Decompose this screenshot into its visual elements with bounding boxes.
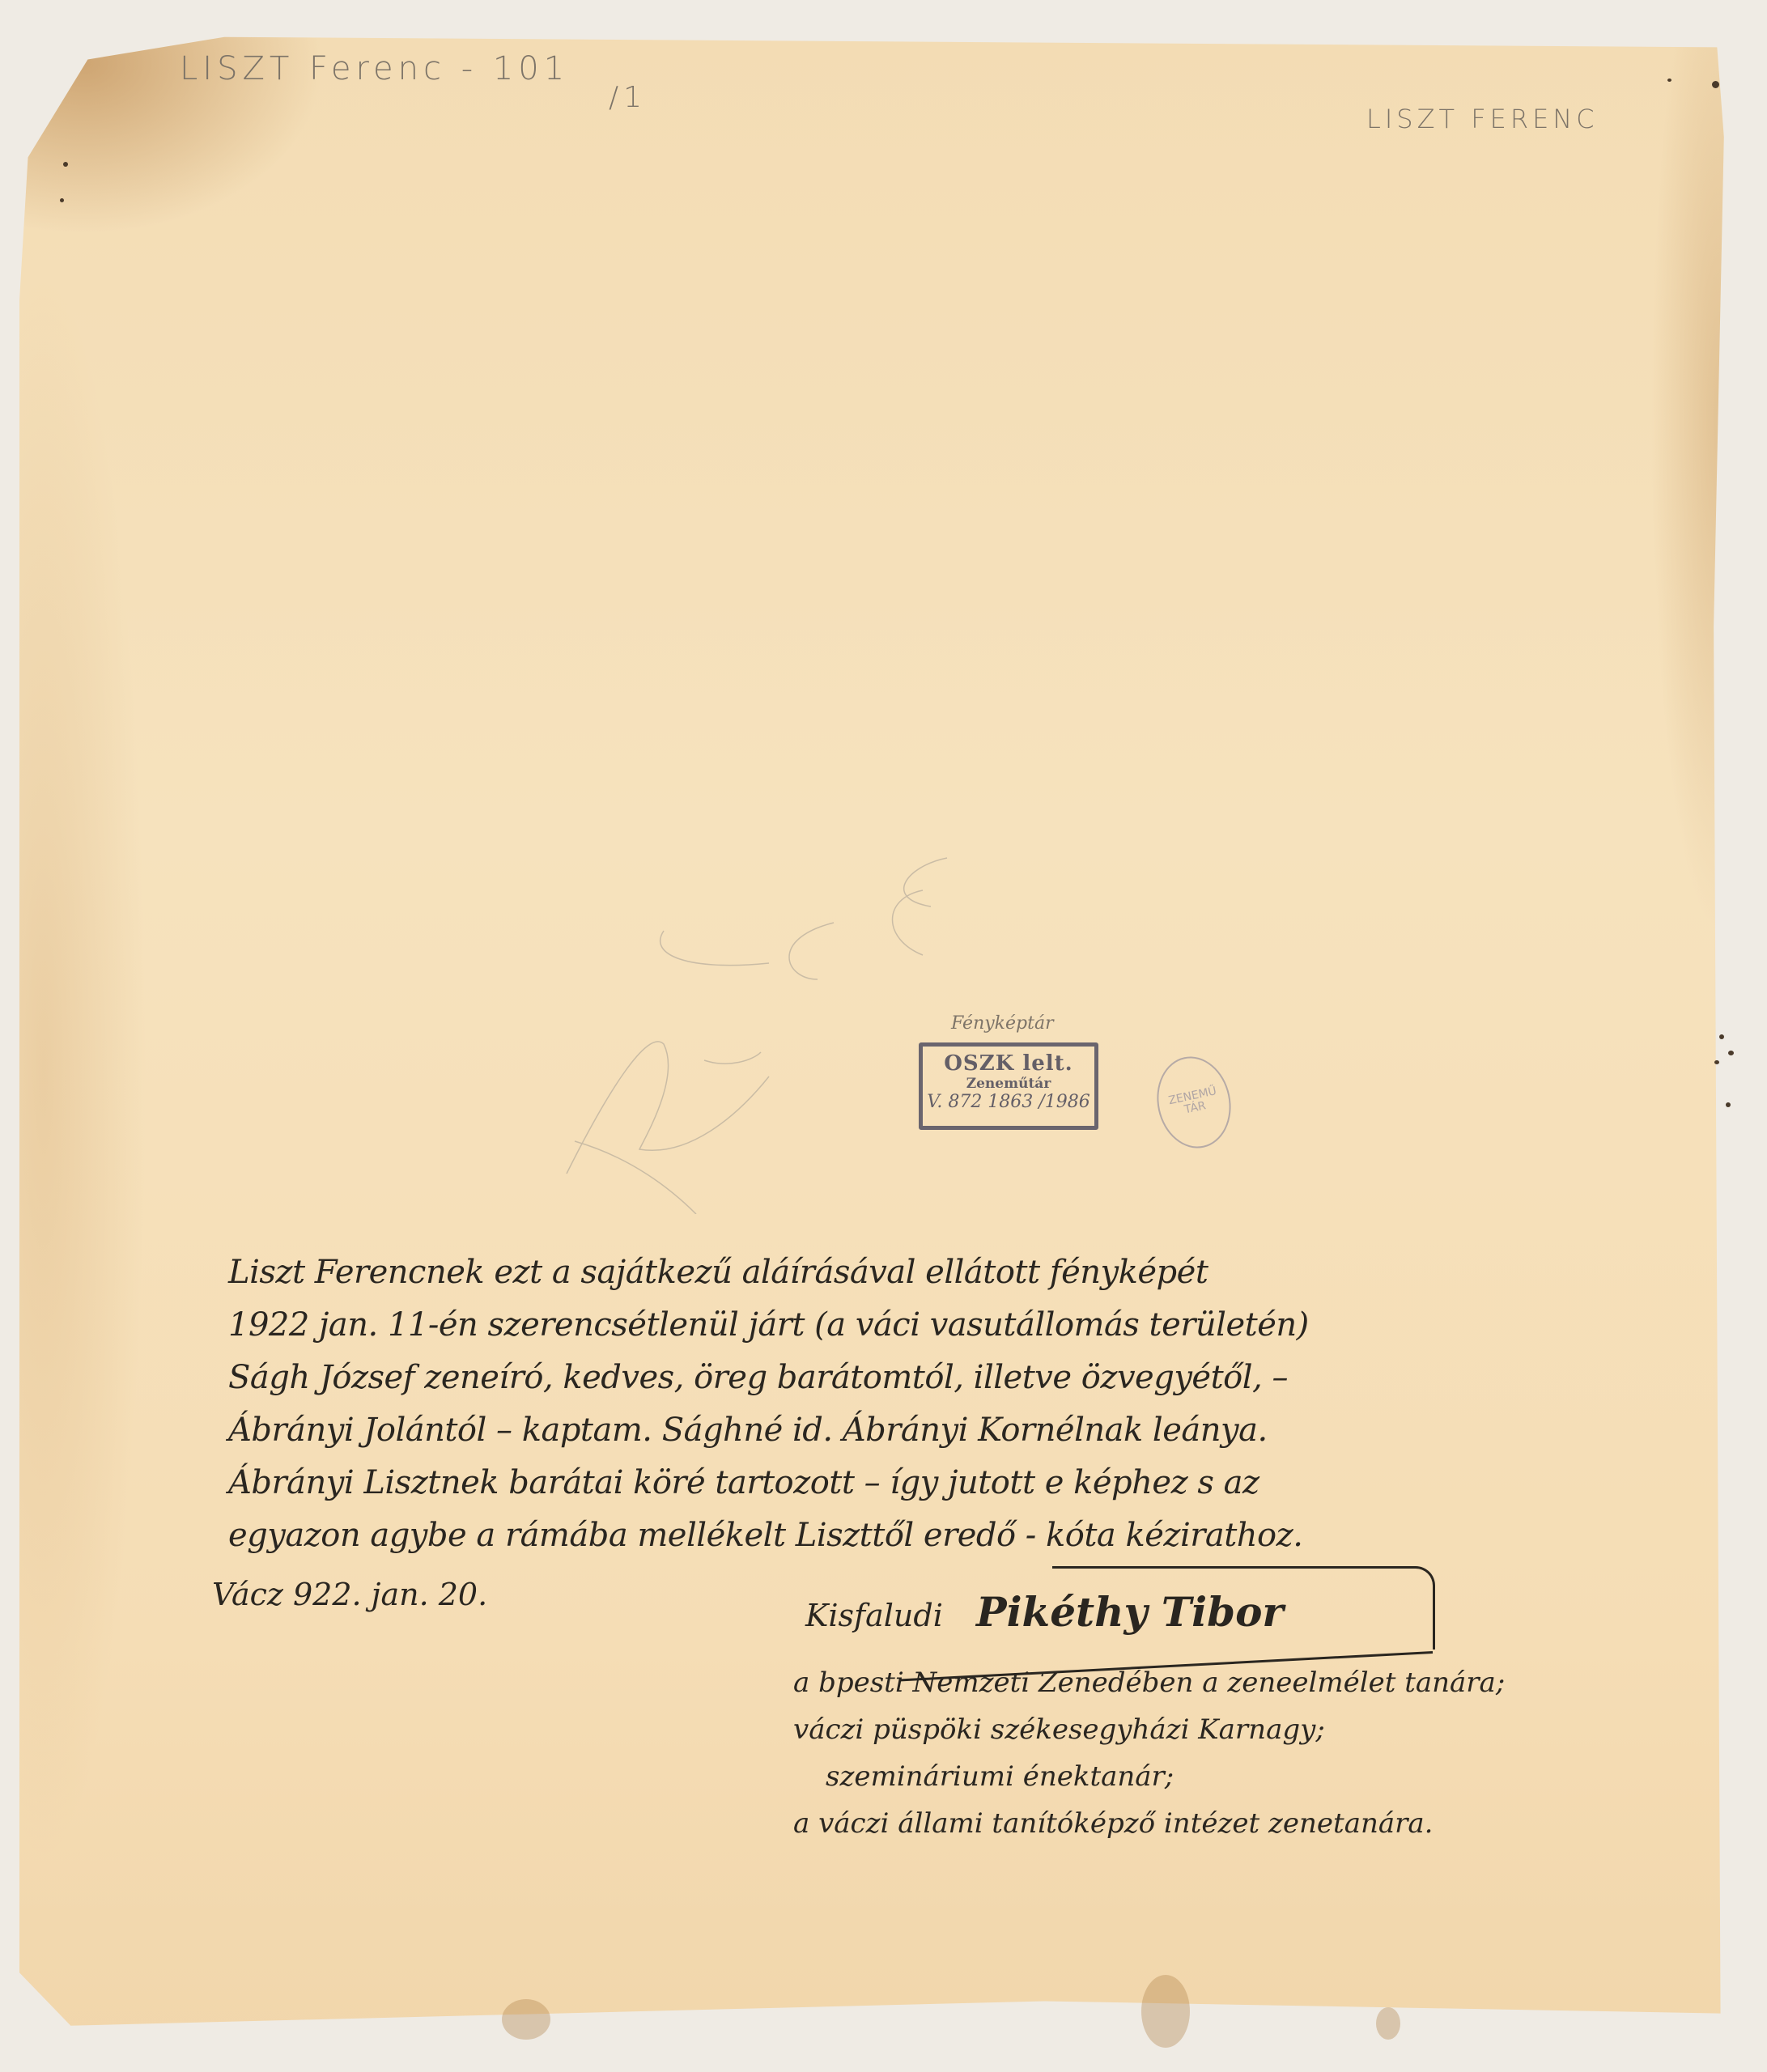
- stamp-institution: OSZK lelt.: [923, 1051, 1094, 1076]
- foxing-dot: [1714, 1060, 1719, 1064]
- inventory-stamp: OSZK lelt. Zeneműtár V. 872 1863 /1986: [919, 1042, 1098, 1130]
- catalog-subnumber: /1: [609, 81, 647, 114]
- photo-archive-note: Fényképtár: [951, 1013, 1054, 1034]
- signature: Kisfaludi Pikéthy Tibor: [805, 1588, 1284, 1636]
- subject-annotation: LISZT FERENC: [1366, 104, 1599, 134]
- stamp-department: Zeneműtár: [923, 1076, 1094, 1092]
- title-line: a bpesti Nemzeti Zenedében a zeneelmélet…: [793, 1659, 1505, 1706]
- oval-stamp-text: ZENEMŰ TÁR: [1157, 1083, 1230, 1121]
- title-line: a váczi állami tanítóképző intézet zenet…: [793, 1800, 1505, 1847]
- title-line: váczi püspöki székesegyházi Karnagy;: [793, 1706, 1505, 1753]
- stamp-inventory-number: V. 872 1863 /1986: [923, 1092, 1094, 1112]
- note-line: Ábrányi Jolántól – kaptam. Sághné id. Áb…: [228, 1404, 1309, 1457]
- foxing-dot: [1712, 81, 1719, 88]
- catalog-annotation: LISZT Ferenc - 101 /1: [180, 50, 569, 87]
- note-line: 1922 jan. 11-én szerencsétlenül járt (a …: [228, 1299, 1309, 1352]
- water-stain: [502, 1999, 550, 2040]
- water-stain: [1376, 2007, 1400, 2040]
- note-line: Sá­gh József zeneíró, kedves, öreg barát…: [228, 1352, 1309, 1404]
- place-date: Vácz 922. jan. 20.: [212, 1577, 487, 1612]
- foxing-dot: [60, 198, 64, 202]
- note-line: Ábrányi Lisztnek barátai köré tartozott …: [228, 1457, 1309, 1509]
- signature-prefix: Kisfaludi: [805, 1598, 943, 1633]
- foxing-dot: [63, 162, 68, 167]
- water-stain: [1141, 1975, 1190, 2048]
- title-line: szemináriumi énektanár;: [793, 1753, 1505, 1800]
- foxing-dot: [1667, 79, 1671, 82]
- signer-titles: a bpesti Nemzeti Zenedében a zeneelmélet…: [793, 1659, 1505, 1847]
- foxing-dot: [1728, 1051, 1734, 1055]
- foxing-dot: [1719, 1034, 1724, 1039]
- handwritten-note: Liszt Ferencnek ezt a sajátkezű aláírásá…: [228, 1246, 1309, 1562]
- note-line: Liszt Ferencnek ezt a sajátkezű aláírásá…: [228, 1246, 1309, 1299]
- note-line: egyazon agybe a rámába mellékelt Liszttő…: [228, 1509, 1309, 1562]
- signature-name: Pikéthy Tibor: [976, 1588, 1284, 1636]
- catalog-number: LISZT Ferenc - 101: [180, 50, 569, 87]
- foxing-dot: [1726, 1102, 1731, 1107]
